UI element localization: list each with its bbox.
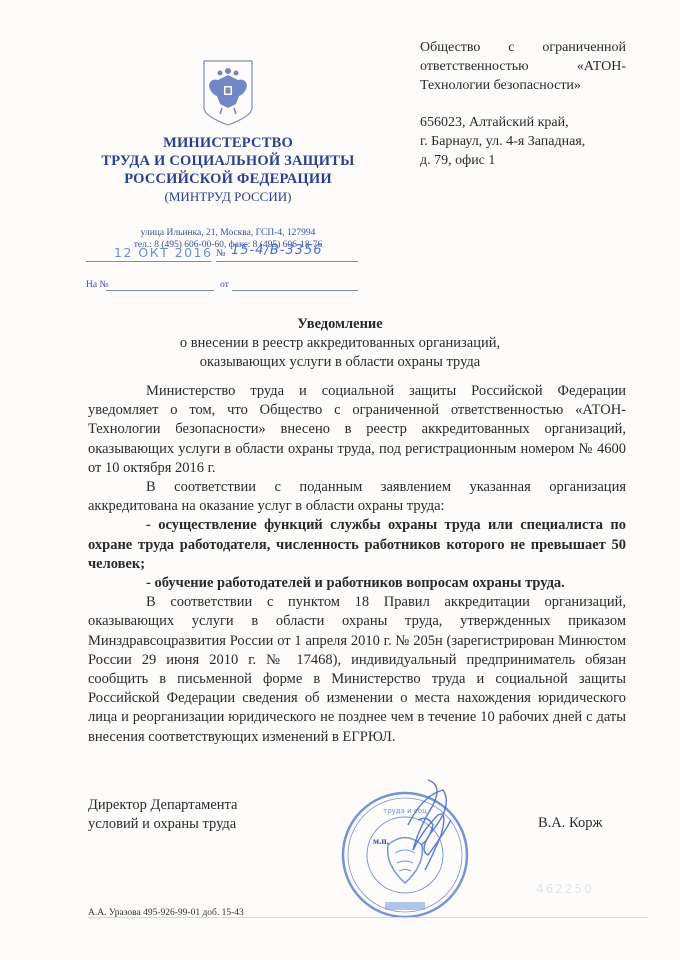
signer-title-line-2: условий и охраны труда — [88, 815, 238, 834]
letter-page: МИНИСТЕРСТВО ТРУДА И СОЦИАЛЬНОЙ ЗАЩИТЫ Р… — [0, 0, 680, 960]
signer-title-line-1: Директор Департамента — [88, 796, 238, 815]
svg-text:труда и соц: труда и соц — [383, 807, 427, 815]
letter-body: Министерство труда и социальной защиты Р… — [88, 382, 626, 747]
seal-place-mark: м.п. — [373, 836, 389, 846]
recipient-line-3: Технологии безопасности» — [420, 76, 626, 95]
ministry-name-line-2: ТРУДА И СОЦИАЛЬНОЙ ЗАЩИТЫ — [88, 152, 368, 170]
outgoing-number: 15-4/В-3356 — [231, 243, 323, 258]
russian-coat-of-arms-icon — [200, 58, 256, 128]
paragraph-obligations: В соответствии с пунктом 18 Правил аккре… — [88, 593, 626, 747]
footer-divider — [88, 917, 648, 918]
number-label: № — [216, 248, 226, 259]
reference-date-blank — [232, 290, 358, 291]
recipient-line-1: Общество с ограниченной — [420, 38, 626, 57]
outgoing-date-number-row: 12 ОКТ 2016 № 15-4/В-3356 — [86, 243, 358, 263]
recipient-address-line-1: 656023, Алтайский край, — [420, 113, 626, 132]
reference-row: На № от — [86, 280, 358, 294]
recipient-block: Общество с ограниченной ответственностью… — [420, 38, 626, 170]
reference-number-label: На № — [86, 280, 109, 290]
faded-number: 462250 — [536, 882, 594, 896]
service-item-1: - осуществление функций службы охраны тр… — [88, 516, 626, 574]
title-subtitle-line-1: о внесении в реестр аккредитованных орга… — [100, 334, 580, 353]
paragraph-accreditation: В соответствии с поданным заявлением ука… — [88, 478, 626, 516]
ministry-address: улица Ильинка, 21, Москва, ГСП-4, 127994 — [88, 227, 368, 239]
recipient-line-2: ответственностью «АТОН- — [420, 57, 626, 76]
signer-name: В.А. Корж — [538, 815, 603, 832]
ministry-name-line-1: МИНИСТЕРСТВО — [88, 134, 368, 152]
paragraph-registration: Министерство труда и социальной защиты Р… — [88, 382, 626, 478]
official-seal-icon: труда и соц — [333, 775, 483, 925]
title-subtitle-line-2: оказывающих услуги в области охраны труд… — [100, 353, 580, 372]
reference-from-label: от — [220, 280, 229, 290]
title-heading: Уведомление — [100, 315, 580, 334]
document-title: Уведомление о внесении в реестр аккредит… — [100, 315, 580, 372]
reference-number-blank — [106, 290, 214, 291]
date-stamp: 12 ОКТ 2016 — [114, 245, 213, 260]
signer-title: Директор Департамента условий и охраны т… — [88, 796, 238, 834]
date-underline — [86, 261, 211, 262]
number-underline — [216, 261, 358, 262]
ministry-abbreviation: (МИНТРУД РОССИИ) — [88, 188, 368, 205]
letterhead: МИНИСТЕРСТВО ТРУДА И СОЦИАЛЬНОЙ ЗАЩИТЫ Р… — [88, 58, 368, 251]
recipient-address-line-2: г. Барнаул, ул. 4-я Западная, — [420, 132, 626, 151]
service-item-2: - обучение работодателей и работников во… — [88, 574, 626, 593]
ministry-name-line-3: РОССИЙСКОЙ ФЕДЕРАЦИИ — [88, 170, 368, 188]
recipient-address-line-3: д. 79, офис 1 — [420, 151, 626, 170]
